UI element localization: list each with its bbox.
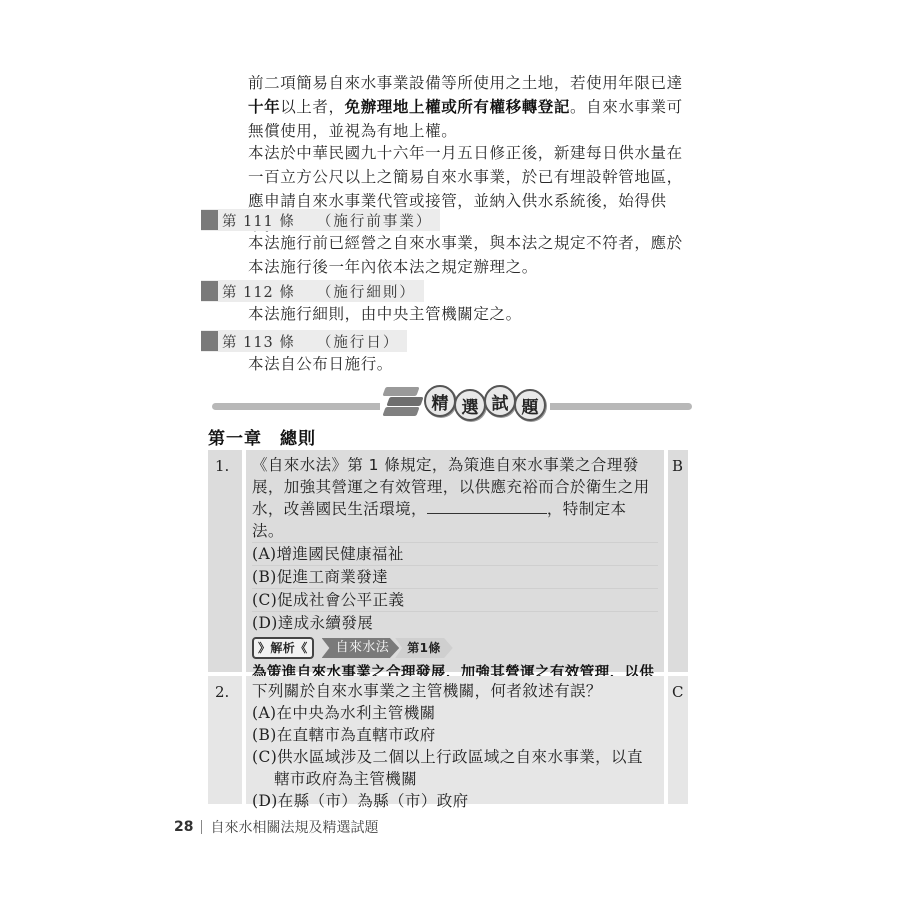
- article-chevron: 第1條: [395, 638, 453, 658]
- question-stem: 《自來水法》第 1 條規定，為策進自來水事業之合理發展，加強其營運之有效管理，以…: [252, 454, 658, 542]
- article-title: （施行細則）: [317, 281, 416, 302]
- square-marker-icon: [201, 210, 218, 230]
- option-label: (C): [252, 748, 277, 766]
- option-label: (D): [252, 792, 278, 810]
- article-111-heading: 第 111 條 （施行前事業）: [201, 209, 440, 231]
- text: 前二項簡易自來水事業設備等所使用之土地，若使用年限已達: [248, 74, 683, 92]
- option-b: (B)促進工商業發達: [252, 565, 658, 588]
- question-row-2: 2. 下列關於自來水事業之主管機關，何者敘述有誤？ (A)在中央為水利主管機關 …: [208, 676, 688, 804]
- article-number: 第 113 條: [222, 331, 295, 352]
- option-label: (C): [252, 591, 277, 609]
- intro-paragraph-1: 前二項簡易自來水事業設備等所使用之土地，若使用年限已達十年以上者，免辦理地上權或…: [248, 71, 696, 143]
- option-a: (A)增進國民健康福祉: [252, 542, 658, 565]
- article-112-body: 本法施行細則，由中央主管機關定之。: [248, 302, 696, 326]
- option-a: (A)在中央為水利主管機關: [252, 702, 658, 724]
- answer: C: [668, 676, 688, 804]
- text: 以上者，: [280, 98, 344, 116]
- selected-questions-banner: 精 選 試 題: [380, 381, 550, 421]
- article-113-heading: 第 113 條 （施行日）: [201, 330, 407, 352]
- books-icon: [384, 383, 424, 419]
- answer: B: [668, 450, 688, 672]
- analysis-tag: 》解析《: [252, 637, 314, 659]
- law-name-chevron: 自來水法: [322, 638, 400, 658]
- question-number: 2.: [208, 676, 242, 804]
- article-112-heading: 第 112 條 （施行細則）: [201, 280, 424, 302]
- bold-text: 十年: [248, 98, 280, 116]
- chapter-heading: 第一章 總則: [208, 424, 316, 449]
- footer-divider: [201, 820, 202, 834]
- book-title: 自來水相關法規及精選試題: [210, 817, 378, 837]
- banner-char: 題: [514, 389, 546, 421]
- article-number: 第 111 條: [222, 210, 295, 231]
- fill-blank: [427, 499, 547, 514]
- option-b: (B)在直轄市為直轄市政府: [252, 724, 658, 746]
- option-text: 在中央為水利主管機關: [277, 704, 436, 722]
- square-marker-icon: [201, 331, 218, 351]
- option-text: 供水區域涉及二個以上行政區域之自來水事業，以直轄市政府為主管機關: [274, 748, 643, 788]
- question-stem: 下列關於自來水事業之主管機關，何者敘述有誤？: [252, 680, 658, 702]
- question-body: 下列關於自來水事業之主管機關，何者敘述有誤？ (A)在中央為水利主管機關 (B)…: [246, 676, 664, 804]
- option-c: (C)促成社會公平正義: [252, 588, 658, 611]
- option-label: (A): [252, 545, 277, 563]
- question-number: 1.: [208, 450, 242, 672]
- article-number: 第 112 條: [222, 281, 295, 302]
- question-row-1: 1. 《自來水法》第 1 條規定，為策進自來水事業之合理發展，加強其營運之有效管…: [208, 450, 688, 672]
- article-111-body: 本法施行前已經營之自來水事業，與本法之規定不符者，應於本法施行後一年內依本法之規…: [248, 231, 696, 279]
- option-text: 達成永續發展: [278, 614, 373, 632]
- analysis-header: 》解析《 自來水法 第1條: [252, 637, 658, 659]
- banner-char: 選: [454, 389, 486, 421]
- page-number: 28: [174, 819, 193, 835]
- article-113-body: 本法自公布日施行。: [248, 352, 696, 376]
- option-text: 促成社會公平正義: [277, 591, 404, 609]
- option-d: (D)達成永續發展: [252, 611, 658, 634]
- option-label: (D): [252, 614, 278, 632]
- option-d: (D)在縣（市）為縣（市）政府: [252, 790, 658, 812]
- page-footer: 28 自來水相關法規及精選試題: [174, 817, 378, 837]
- option-text: 增進國民健康福祉: [277, 545, 404, 563]
- article-title: （施行日）: [317, 331, 400, 352]
- option-text: 在直轄市為直轄市政府: [277, 726, 436, 744]
- option-label: (A): [252, 704, 277, 722]
- bold-text: 免辦理地上權或所有權移轉登記: [345, 98, 570, 116]
- document-page: 前二項簡易自來水事業設備等所使用之土地，若使用年限已達十年以上者，免辦理地上權或…: [0, 0, 900, 900]
- option-c: (C)供水區域涉及二個以上行政區域之自來水事業，以直轄市政府為主管機關: [252, 746, 658, 790]
- option-text: 促進工商業發達: [277, 568, 388, 586]
- banner-char: 精: [424, 385, 456, 417]
- article-title: （施行前事業）: [317, 210, 433, 231]
- option-label: (B): [252, 726, 277, 744]
- question-body: 《自來水法》第 1 條規定，為策進自來水事業之合理發展，加強其營運之有效管理，以…: [246, 450, 664, 672]
- option-text: 在縣（市）為縣（市）政府: [278, 792, 469, 810]
- square-marker-icon: [201, 281, 218, 301]
- option-label: (B): [252, 568, 277, 586]
- banner-char: 試: [484, 385, 516, 417]
